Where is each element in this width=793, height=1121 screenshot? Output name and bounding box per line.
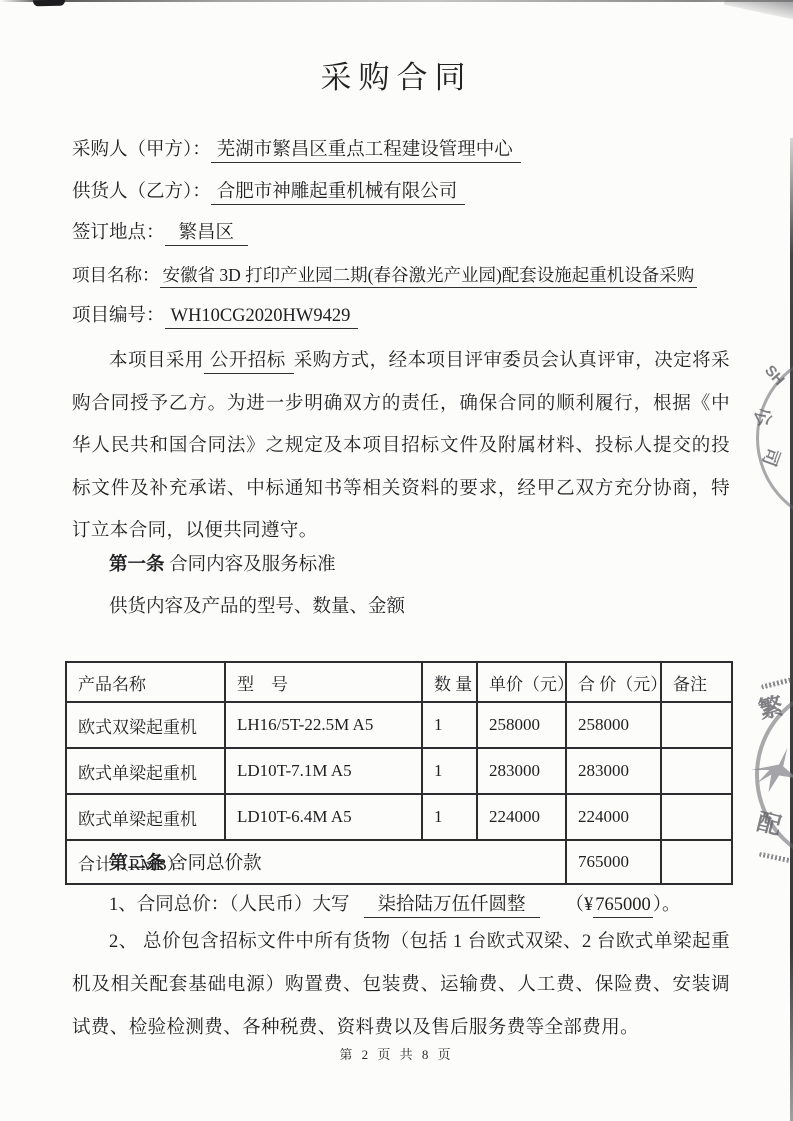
seal-circle-icon <box>756 350 793 526</box>
seal-text-fragment: 繁 <box>757 695 785 723</box>
article-1-subtitle: 供货内容及产品的型号、数量、金额 <box>72 586 730 628</box>
article-1-title-line: 第一条 合同内容及服务标准 <box>72 544 730 586</box>
contract-page: SH 公 司 繁 配 采购合同 采购人（甲方）：芜湖市繁昌区重点工程建设管理中心… <box>0 0 793 1121</box>
page-number-footer: 第 2 页 共 8 页 <box>0 1044 793 1063</box>
amount-in-digits: 765000 <box>593 895 653 918</box>
article-2-title-line: 第二条 合同总价款 <box>72 844 730 884</box>
field-project-number: 项目编号：WH10CG2020HW9429 <box>72 296 730 338</box>
seal-star-icon <box>751 747 793 793</box>
field-value: WH10CG2020HW9429 <box>165 306 359 329</box>
scan-smudge-top-right <box>724 0 793 21</box>
field-buyer: 采购人（甲方）：芜湖市繁昌区重点工程建设管理中心 <box>72 130 730 172</box>
intro-paragraph: 本项目采用公开招标采购方式，经本项目评审委员会认真评审，决定将采购合同授予乙方。… <box>72 340 730 553</box>
cell-note <box>661 748 732 794</box>
cell-product-name: 欧式单梁起重机 <box>66 794 225 840</box>
field-label: 签订地点： <box>72 223 165 243</box>
cell-qty: 1 <box>422 794 477 840</box>
field-label: 项目名称： <box>72 265 160 285</box>
partial-seal-upper: SH 公 司 <box>748 340 793 520</box>
field-label: 供货人（乙方）： <box>72 182 211 202</box>
seal-circle-icon <box>755 683 793 867</box>
cell-unit-price: 283000 <box>477 748 566 794</box>
intro-text-post: 采购方式，经本项目评审委员会认真评审，决定将采购合同授予乙方。为进一步明确双方的… <box>72 351 730 541</box>
seal-text-fragment: 配 <box>754 810 783 839</box>
article-title: 合同内容及服务标准 <box>169 555 336 575</box>
amount-in-words: 柒拾陆万伍仟圆整 <box>364 895 540 918</box>
field-label: 采购人（甲方）： <box>72 140 211 160</box>
article-title: 合同总价款 <box>169 854 262 874</box>
table-row: 欧式双梁起重机 LH16/5T-22.5M A5 1 258000 258000 <box>66 702 732 748</box>
col-header-note: 备注 <box>661 662 732 702</box>
scan-edge-top <box>0 0 793 2</box>
article-number: 第二条 <box>109 854 165 874</box>
seal-text-fragment: 公 <box>751 405 774 428</box>
seal-text-fragment: 司 <box>759 445 782 468</box>
cell-total-price: 224000 <box>566 794 661 840</box>
col-header-model: 型 号 <box>225 662 422 702</box>
page-title: 采购合同 <box>0 52 793 97</box>
field-value: 安徽省 3D 打印产业园二期(春谷激光产业园)配套设施起重机设备采购 <box>160 265 698 288</box>
procurement-method: 公开招标 <box>204 351 294 374</box>
cell-model: LH16/5T-22.5M A5 <box>225 702 422 748</box>
field-label: 项目编号： <box>72 306 165 326</box>
table-header-row: 产品名称 型 号 数 量 单价（元） 合 价（元） 备注 <box>66 662 732 702</box>
article-1-heading: 第一条 合同内容及服务标准 供货内容及产品的型号、数量、金额 <box>72 544 730 628</box>
cell-unit-price: 224000 <box>477 794 566 840</box>
partial-seal-lower: 繁 配 <box>745 675 793 865</box>
cell-unit-price: 258000 <box>477 702 566 748</box>
cell-model: LD10T-6.4M A5 <box>225 794 422 840</box>
col-header-total-price: 合 价（元） <box>566 662 661 702</box>
cell-qty: 1 <box>422 748 477 794</box>
cell-product-name: 欧式双梁起重机 <box>66 702 225 748</box>
seal-hatch-mark <box>759 852 791 864</box>
scan-smudge-top-left <box>33 0 65 6</box>
table-row: 欧式单梁起重机 LD10T-7.1M A5 1 283000 283000 <box>66 748 732 794</box>
clause-price-inclusions: 2、 总价包含招标文件中所有货物（包括 1 台欧式双梁、2 台欧式单梁起重机及相… <box>72 921 730 1050</box>
table-row: 欧式单梁起重机 LD10T-6.4M A5 1 224000 224000 <box>66 794 732 840</box>
contract-header-fields: 采购人（甲方）：芜湖市繁昌区重点工程建设管理中心 供货人（乙方）：合肥市神雕起重… <box>72 130 730 338</box>
cell-total-price: 258000 <box>566 702 661 748</box>
col-header-product: 产品名称 <box>66 662 225 702</box>
clause-total-price: 1、合同总价：（人民币）大写柒拾陆万伍仟圆整（¥765000）。 <box>72 884 762 926</box>
col-header-qty: 数 量 <box>422 662 477 702</box>
intro-text-pre: 本项目采用 <box>109 351 204 371</box>
field-value: 芜湖市繁昌区重点工程建设管理中心 <box>211 140 521 163</box>
field-supplier: 供货人（乙方）：合肥市神雕起重机械有限公司 <box>72 172 730 214</box>
seal-hatch-mark <box>761 677 791 689</box>
cell-model: LD10T-7.1M A5 <box>225 748 422 794</box>
col-header-unit-price: 单价（元） <box>477 662 566 702</box>
cell-product-name: 欧式单梁起重机 <box>66 748 225 794</box>
cell-note <box>661 702 732 748</box>
paren-close: ）。 <box>653 895 681 915</box>
seal-text-fragment: SH <box>762 363 787 389</box>
field-project-name: 项目名称：安徽省 3D 打印产业园二期(春谷激光产业园)配套设施起重机设备采购 <box>72 255 730 297</box>
field-value: 合肥市神雕起重机械有限公司 <box>211 182 466 205</box>
paren-open: （¥ <box>566 895 594 915</box>
cell-note <box>661 794 732 840</box>
field-value: 繁昌区 <box>165 223 249 246</box>
article-2-heading: 第二条 合同总价款 <box>72 844 730 884</box>
article-number: 第一条 <box>109 555 165 575</box>
cell-total-price: 283000 <box>566 748 661 794</box>
cell-qty: 1 <box>422 702 477 748</box>
field-signing-place: 签订地点：繁昌区 <box>72 213 730 255</box>
clause-text: 1、合同总价：（人民币）大写 <box>109 895 350 915</box>
